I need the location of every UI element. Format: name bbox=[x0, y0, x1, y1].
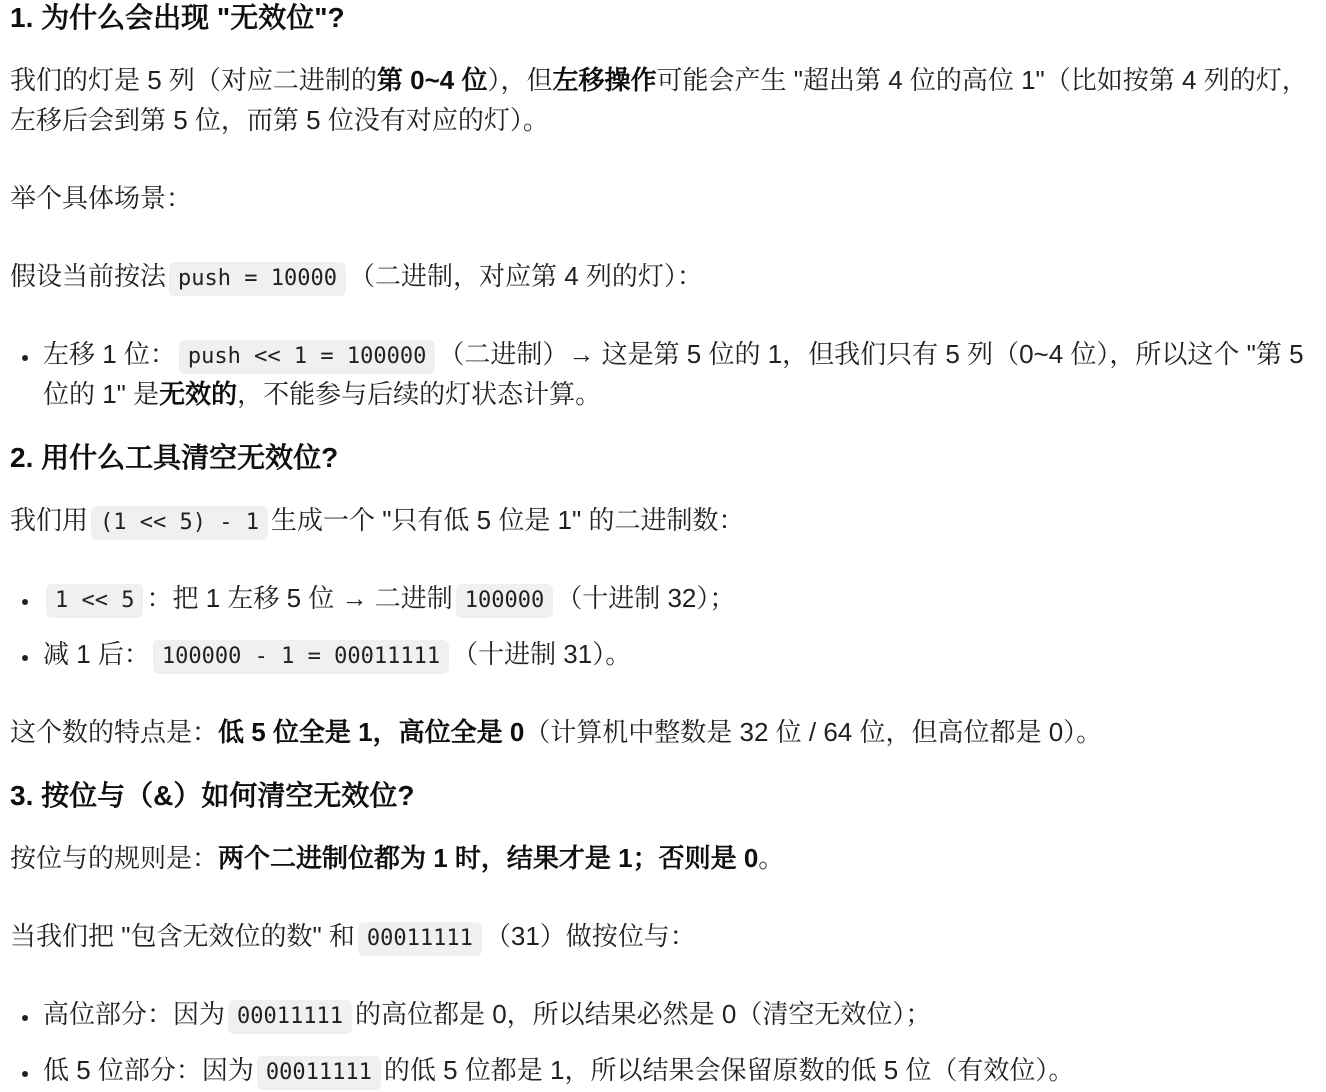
text-run: 左移 1 位： bbox=[43, 339, 176, 369]
text-run: 生成一个 "只有低 5 位是 1" 的二进制数： bbox=[271, 505, 745, 535]
text-run: （31）做按位与： bbox=[485, 921, 696, 951]
mask-property-paragraph: 这个数的特点是：低 5 位全是 1，高位全是 0（计算机中整数是 32 位 / … bbox=[10, 712, 1310, 752]
text-run: 2. bbox=[10, 442, 41, 473]
scenario-setup-paragraph: 假设当前按法push = 10000（二进制，对应第 4 列的灯）： bbox=[10, 256, 1310, 296]
inline-code: 1 << 5 bbox=[46, 584, 143, 618]
text-run: 我们的灯是 5 列（对应二进制的 bbox=[10, 65, 377, 95]
inline-code: 100000 bbox=[456, 584, 553, 618]
text-run: 1. bbox=[10, 2, 41, 33]
inline-code: 00011111 bbox=[358, 922, 482, 956]
text-run: 当我们把 "包含无效位的数" 和 bbox=[10, 921, 355, 951]
bold-text: 无效的 bbox=[159, 379, 237, 409]
inline-code: 00011111 bbox=[257, 1056, 381, 1090]
text-run: 的低 5 位都是 1，所以结果会保留原数的低 5 位（有效位）。 bbox=[384, 1055, 1075, 1085]
bold-text: 左移操作 bbox=[553, 65, 657, 95]
section-1-heading: 1. 为什么会出现 "无效位"? bbox=[10, 2, 1310, 34]
bold-text: 低 5 位全是 1，高位全是 0 bbox=[218, 717, 524, 747]
bold-text: 按位与（&）如何清空无效位? bbox=[41, 780, 414, 811]
bold-text: 第 0~4 位 bbox=[377, 65, 488, 95]
text-run: 按位与的规则是： bbox=[10, 843, 218, 873]
text-run: 低 5 位部分：因为 bbox=[43, 1055, 254, 1085]
text-run: 的高位都是 0，所以结果必然是 0（清空无效位）； bbox=[355, 999, 931, 1029]
text-run: 这个数的特点是： bbox=[10, 717, 218, 747]
bold-text: 为什么会出现 "无效位"? bbox=[41, 2, 344, 33]
text-run: （计算机中整数是 32 位 / 64 位，但高位都是 0）。 bbox=[524, 717, 1102, 747]
section-1-intro-paragraph: 我们的灯是 5 列（对应二进制的第 0~4 位），但左移操作可能会产生 "超出第… bbox=[10, 60, 1310, 140]
text-run: 3. bbox=[10, 780, 41, 811]
bold-text: 两个二进制位都为 1 时，结果才是 1；否则是 0 bbox=[218, 843, 758, 873]
list-item: 左移 1 位：push << 1 = 100000（二进制）→ 这是第 5 位的… bbox=[40, 334, 1310, 414]
inline-code: (1 << 5) - 1 bbox=[91, 506, 268, 540]
text-run: 减 1 后： bbox=[43, 639, 150, 669]
and-apply-paragraph: 当我们把 "包含无效位的数" 和00011111（31）做按位与： bbox=[10, 916, 1310, 956]
list-item: 减 1 后：100000 - 1 = 00011111（十进制 31）。 bbox=[40, 634, 1310, 674]
text-run: 。 bbox=[758, 843, 784, 873]
list-item: 1 << 5：把 1 左移 5 位 → 二进制100000（十进制 32）； bbox=[40, 578, 1310, 618]
text-run: ：把 1 左移 5 位 → 二进制 bbox=[146, 583, 452, 613]
text-run: ），但 bbox=[487, 65, 552, 95]
text-run: 高位部分：因为 bbox=[43, 999, 225, 1029]
mask-intro-paragraph: 我们用(1 << 5) - 1生成一个 "只有低 5 位是 1" 的二进制数： bbox=[10, 500, 1310, 540]
shift-example-list: 左移 1 位：push << 1 = 100000（二进制）→ 这是第 5 位的… bbox=[10, 334, 1310, 414]
inline-code: push = 10000 bbox=[169, 262, 346, 296]
section-2-heading: 2. 用什么工具清空无效位? bbox=[10, 442, 1310, 474]
section-3-heading: 3. 按位与（&）如何清空无效位? bbox=[10, 780, 1310, 812]
text-run: 举个具体场景： bbox=[10, 183, 192, 213]
bold-text: 用什么工具清空无效位? bbox=[41, 442, 338, 473]
text-run: （十进制 32）； bbox=[556, 583, 735, 613]
text-run: （十进制 31）。 bbox=[452, 639, 631, 669]
inline-code: 100000 - 1 = 00011111 bbox=[153, 640, 449, 674]
scenario-lead-paragraph: 举个具体场景： bbox=[10, 178, 1310, 218]
list-item: 低 5 位部分：因为00011111的低 5 位都是 1，所以结果会保留原数的低… bbox=[40, 1050, 1310, 1090]
and-result-list: 高位部分：因为00011111的高位都是 0，所以结果必然是 0（清空无效位）；… bbox=[10, 994, 1310, 1090]
inline-code: 00011111 bbox=[228, 1000, 352, 1034]
mask-steps-list: 1 << 5：把 1 左移 5 位 → 二进制100000（十进制 32）；减 … bbox=[10, 578, 1310, 674]
document-body: 1. 为什么会出现 "无效位"?我们的灯是 5 列（对应二进制的第 0~4 位）… bbox=[0, 0, 1326, 1090]
list-item: 高位部分：因为00011111的高位都是 0，所以结果必然是 0（清空无效位）； bbox=[40, 994, 1310, 1034]
text-run: ，不能参与后续的灯状态计算。 bbox=[237, 379, 601, 409]
text-run: 我们用 bbox=[10, 505, 88, 535]
text-run: 假设当前按法 bbox=[10, 261, 166, 291]
and-rule-paragraph: 按位与的规则是：两个二进制位都为 1 时，结果才是 1；否则是 0。 bbox=[10, 838, 1310, 878]
inline-code: push << 1 = 100000 bbox=[179, 340, 435, 374]
text-run: （二进制，对应第 4 列的灯）： bbox=[349, 261, 703, 291]
